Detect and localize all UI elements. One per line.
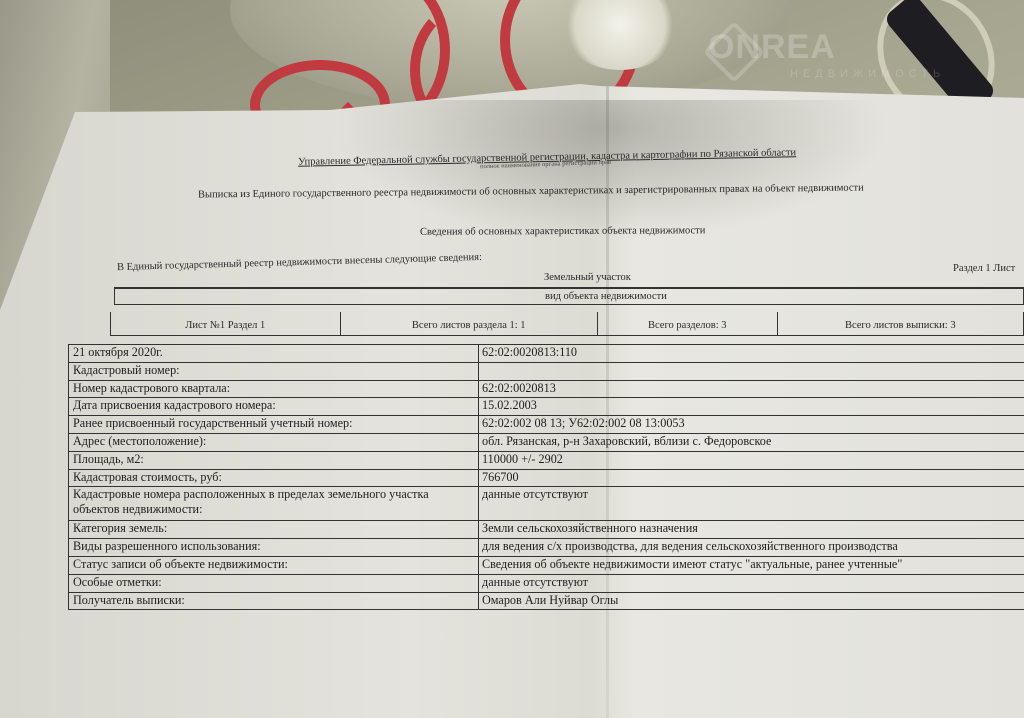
- row-value: 766700: [478, 470, 1024, 487]
- table-row: Номер кадастрового квартала:62:02:002081…: [68, 380, 1024, 398]
- table-row: Кадастровый номер:: [68, 362, 1024, 380]
- row-value: 62:02:0020813:110: [478, 345, 1024, 362]
- row-label: 21 октября 2020г.: [68, 345, 478, 362]
- table-row: Ранее присвоенный государственный учетны…: [68, 415, 1024, 433]
- table-row: Виды разрешенного использования:для веде…: [68, 538, 1024, 556]
- row-label: Статус записи об объекте недвижимости:: [68, 557, 478, 574]
- property-details-table: 21 октября 2020г.62:02:0020813:110 Кадас…: [68, 344, 1024, 610]
- row-value: Сведения об объекте недвижимости имеют с…: [478, 557, 1024, 574]
- table-row: Получатель выписки:Омаров Али Нуйвар Огл…: [68, 592, 1024, 611]
- document-title: Выписка из Единого государственного реес…: [198, 183, 864, 201]
- row-label: Адрес (местоположение):: [68, 434, 478, 451]
- table-row: Площадь, м2:110000 +/- 2902: [68, 451, 1024, 469]
- watermark-subtitle: НЕДВИЖИМОСТЬ: [790, 68, 945, 80]
- row-value: для ведения с/х производства, для ведени…: [478, 539, 1024, 556]
- row-value: данные отсутствуют: [478, 575, 1024, 592]
- row-value: Земли сельскохозяйственного назначения: [478, 521, 1024, 538]
- row-value: 62:02:002 08 13; У62:02:002 08 13:0053: [478, 416, 1024, 433]
- row-label: Площадь, м2:: [68, 452, 478, 469]
- object-type-caption: вид объекта недвижимости: [545, 291, 667, 302]
- row-label: Дата присвоения кадастрового номера:: [68, 398, 478, 415]
- total-sections: Всего разделов: 3: [598, 312, 778, 335]
- object-type: Земельный участок: [544, 272, 631, 283]
- row-value: Омаров Али Нуйвар Оглы: [478, 593, 1024, 610]
- sheet-info-row: Лист №1 Раздел 1 Всего листов раздела 1:…: [110, 312, 1024, 336]
- total-sheets: Всего листов выписки: 3: [778, 312, 1023, 335]
- shadow: [330, 100, 890, 240]
- table-row: Адрес (местоположение):обл. Рязанская, р…: [68, 433, 1024, 451]
- table-row: Категория земель:Земли сельскохозяйствен…: [68, 520, 1024, 538]
- object-type-row: Земельный участок: [114, 270, 1024, 288]
- table-row: 21 октября 2020г.62:02:0020813:110: [68, 344, 1024, 362]
- row-label: Кадастровые номера расположенных в преде…: [68, 487, 478, 520]
- sheet-number: Лист №1 Раздел 1: [111, 312, 341, 335]
- row-value: [478, 363, 1024, 380]
- row-label: Особые отметки:: [68, 575, 478, 592]
- row-label: Ранее присвоенный государственный учетны…: [68, 416, 478, 433]
- table-row: Кадастровая стоимость, руб:766700: [68, 469, 1024, 487]
- document-subtitle: Сведения об основных характеристиках объ…: [420, 225, 705, 237]
- watermark-brand: ONREA: [708, 28, 836, 67]
- table-row: Дата присвоения кадастрового номера:15.0…: [68, 397, 1024, 415]
- row-label: Кадастровая стоимость, руб:: [68, 470, 478, 487]
- row-value: данные отсутствуют: [478, 487, 1024, 520]
- table-row: Особые отметки:данные отсутствуют: [68, 574, 1024, 592]
- row-value: обл. Рязанская, р-н Захаровский, вблизи …: [478, 434, 1024, 451]
- row-label: Номер кадастрового квартала:: [68, 381, 478, 398]
- row-label: Кадастровый номер:: [68, 363, 478, 380]
- row-value: 62:02:0020813: [478, 381, 1024, 398]
- row-label: Получатель выписки:: [68, 593, 478, 610]
- row-label: Категория земель:: [68, 521, 478, 538]
- table-row: Кадастровые номера расположенных в преде…: [68, 486, 1024, 520]
- section-sheets-count: Всего листов раздела 1: 1: [341, 312, 598, 335]
- row-value: 15.02.2003: [478, 398, 1024, 415]
- object-type-caption-row: вид объекта недвижимости: [114, 288, 1024, 305]
- row-value: 110000 +/- 2902: [478, 452, 1024, 469]
- table-row: Статус записи об объекте недвижимости:Св…: [68, 556, 1024, 574]
- row-label: Виды разрешенного использования:: [68, 539, 478, 556]
